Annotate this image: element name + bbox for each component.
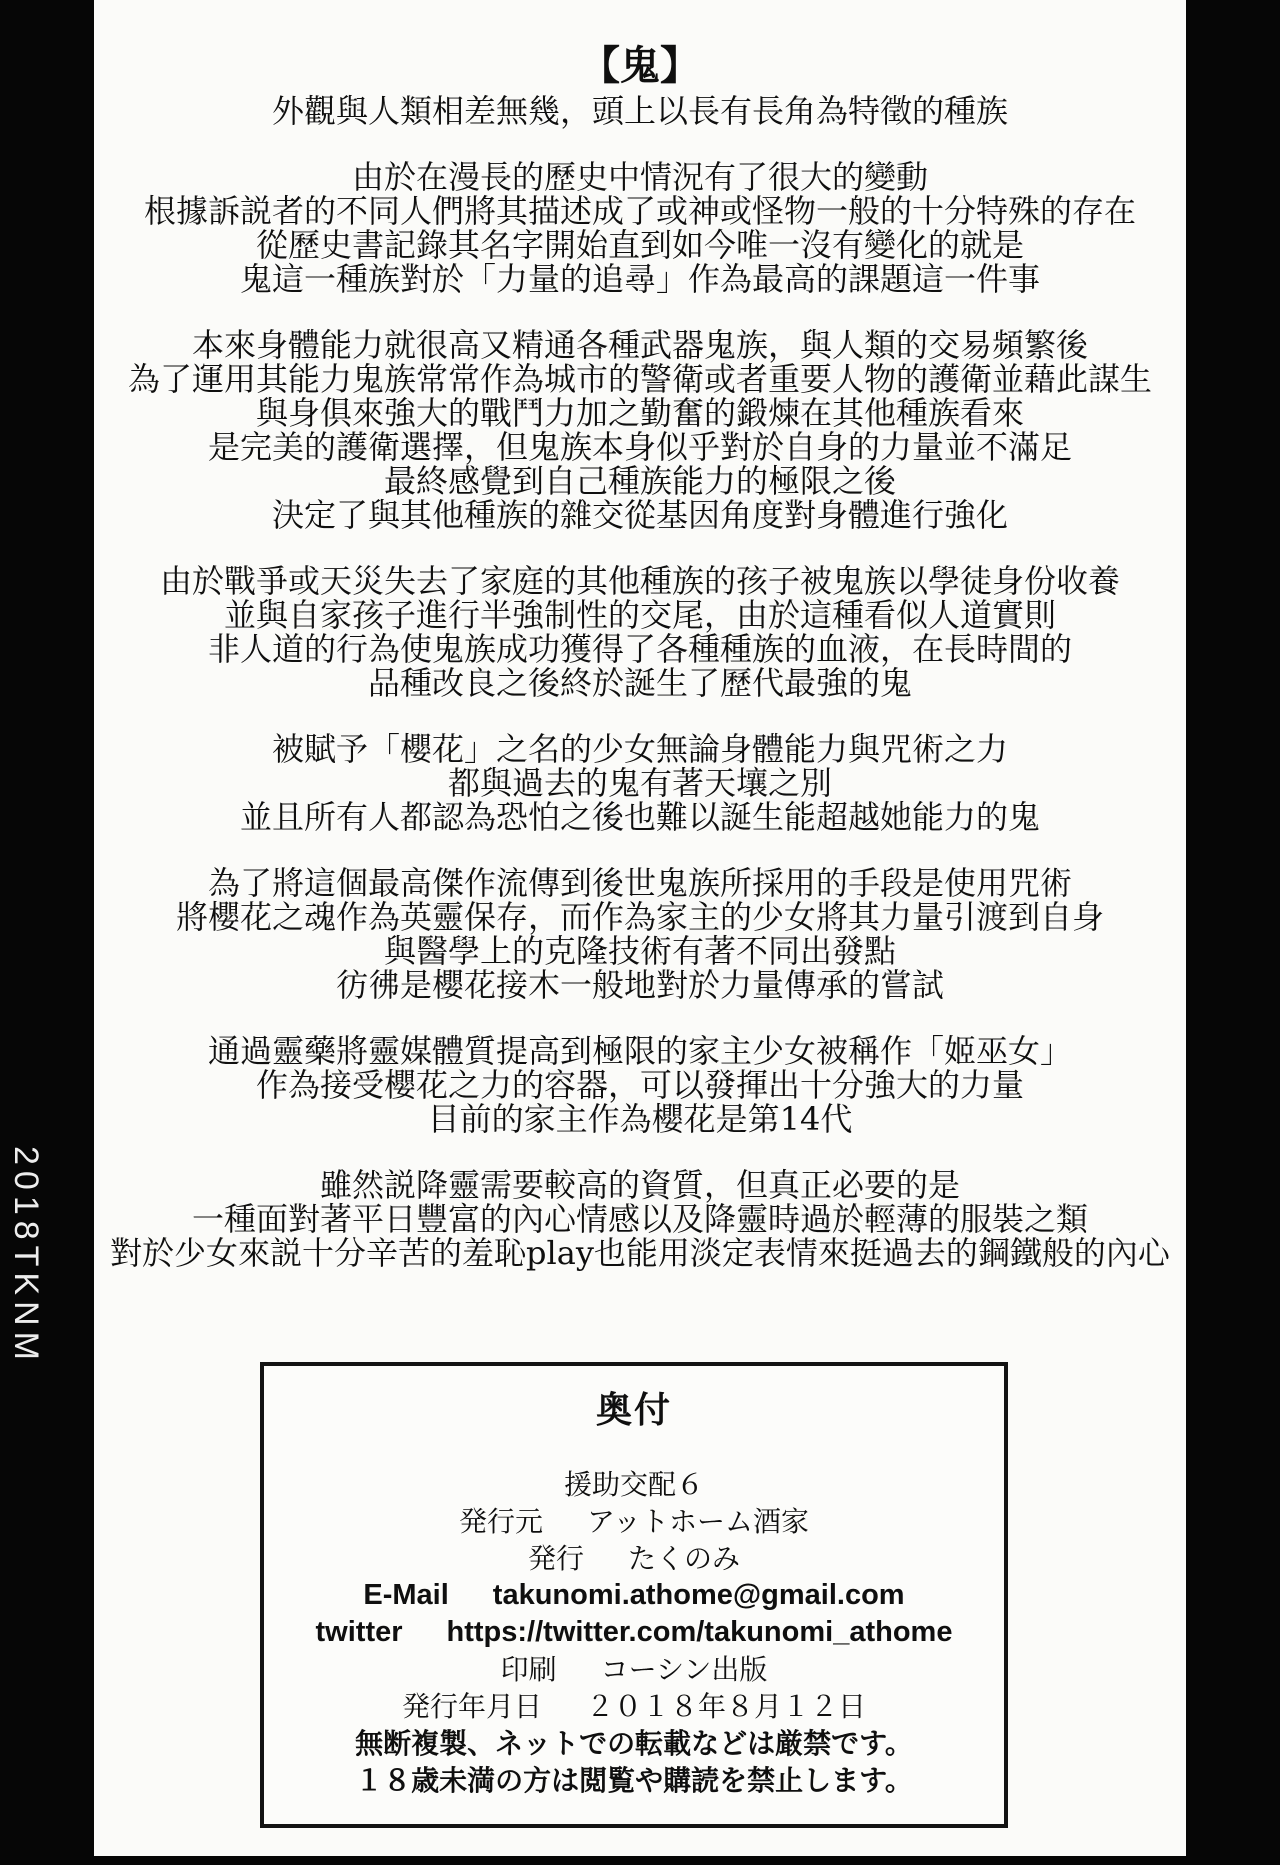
text-line: 通過靈藥將靈媒體質提高到極限的家主少女被稱作「姬巫女」 [94,1034,1186,1068]
colophon-box: 奥付 援助交配６ 発行元 アットホーム酒家 発行 たくのみ E-Mail tak… [260,1362,1008,1828]
text-line: 一種面對著平日豐富的內心情感以及降靈時過於輕薄的服裝之類 [94,1202,1186,1236]
page-title: 【鬼】 [94,44,1186,88]
left-scan-border: 2018TKNM [0,0,94,1865]
bottom-scan-border [0,1856,1280,1865]
text-line: 非人道的行為使鬼族成功獲得了各種種族的血液，在長時間的 [94,632,1186,666]
text-line: 被賦予「櫻花」之名的少女無論身體能力與咒術之力 [94,732,1186,766]
watermark-code: 2018TKNM [4,1146,48,1406]
text-line: 鬼這一種族對於「力量的追尋」作為最高的課題這一件事 [94,262,1186,296]
text-line: 將櫻花之魂作為英靈保存，而作為家主的少女將其力量引渡到自身 [94,900,1186,934]
text-line: 本來身體能力就很高又精通各種武器鬼族，與人類的交易頻繁後 [94,328,1186,362]
subtitle-line: 外觀與人類相差無幾，頭上以長有長角為特徵的種族 [94,94,1186,128]
colophon-label: 発行元 [459,1503,543,1540]
colophon-row-twitter: twitter https://twitter.com/takunomi_ath… [264,1614,1004,1651]
age-restriction-notice: １８歳未満の方は閲覧や購読を禁止します。 [264,1762,1004,1799]
text-line: 由於戰爭或天災失去了家庭的其他種族的孩子被鬼族以學徒身份收養 [94,564,1186,598]
text-line: 與醫學上的克隆技術有著不同出發點 [94,934,1186,968]
text-line: 為了將這個最高傑作流傳到後世鬼族所採用的手段是使用咒術 [94,866,1186,900]
text-line: 從歷史書記錄其名字開始直到如今唯一沒有變化的就是 [94,228,1186,262]
colophon-row-date: 発行年月日 ２０１８年８月１２日 [264,1688,1004,1725]
colophon-title: 奥付 [264,1388,1004,1432]
text-line: 作為接受櫻花之力的容器，可以發揮出十分強大的力量 [94,1068,1186,1102]
paragraph-himemiko: 通過靈藥將靈媒體質提高到極限的家主少女被稱作「姬巫女」 作為接受櫻花之力的容器，… [94,1034,1186,1136]
text-line: 並且所有人都認為恐怕之後也難以誕生能超越她能力的鬼 [94,800,1186,834]
colophon-row-printer: 印刷 コーシン出版 [264,1651,1004,1688]
text-line: 品種改良之後終於誕生了歷代最強的鬼 [94,666,1186,700]
twitter-url: https://twitter.com/takunomi_athome [447,1614,953,1651]
colophon-label: 印刷 [501,1651,557,1688]
paragraph-abilities: 本來身體能力就很高又精通各種武器鬼族，與人類的交易頻繁後 為了運用其能力鬼族常常… [94,328,1186,532]
paragraph-requirements: 雖然説降靈需要較高的資質，但真正必要的是 一種面對著平日豐富的內心情感以及降靈時… [94,1168,1186,1270]
text-line: 都與過去的鬼有著天壤之別 [94,766,1186,800]
paragraph-breeding: 由於戰爭或天災失去了家庭的其他種族的孩子被鬼族以學徒身份收養 並與自家孩子進行半… [94,564,1186,700]
paragraph-sakura: 被賦予「櫻花」之名的少女無論身體能力與咒術之力 都與過去的鬼有著天壤之別 並且所… [94,732,1186,834]
publication-date: ２０１８年８月１２日 [586,1688,866,1725]
colophon-label: twitter [316,1614,403,1651]
printer-name: コーシン出版 [601,1651,768,1688]
text-line: 是完美的護衛選擇，但鬼族本身似乎對於自身的力量並不滿足 [94,430,1186,464]
colophon-row-author: 発行 たくのみ [264,1540,1004,1577]
text-line: 並與自家孩子進行半強制性的交尾，由於這種看似人道實則 [94,598,1186,632]
book-title: 援助交配６ [564,1466,704,1503]
text-line: 最終感覺到自己種族能力的極限之後 [94,464,1186,498]
text-line: 由於在漫長的歷史中情況有了很大的變動 [94,160,1186,194]
text-line: 根據訴説者的不同人們將其描述成了或神或怪物一般的十分特殊的存在 [94,194,1186,228]
copyright-notice: 無断複製、ネットでの転載などは厳禁です。 [264,1725,1004,1762]
text-line: 彷彿是櫻花接木一般地對於力量傳承的嘗試 [94,968,1186,1002]
publisher-name: アットホーム酒家 [587,1503,809,1540]
paragraph-history: 由於在漫長的歷史中情況有了很大的變動 根據訴説者的不同人們將其描述成了或神或怪物… [94,160,1186,296]
text-line: 雖然説降靈需要較高的資質，但真正必要的是 [94,1168,1186,1202]
text-line: 決定了與其他種族的雜交從基因角度對身體進行強化 [94,498,1186,532]
colophon-row-publisher: 発行元 アットホーム酒家 [264,1503,1004,1540]
text-line: 與身俱來強大的戰鬥力加之勤奮的鍛煉在其他種族看來 [94,396,1186,430]
colophon-row-title: 援助交配６ [264,1466,1004,1503]
email-address: takunomi.athome@gmail.com [493,1577,905,1614]
text-line: 對於少女來説十分辛苦的羞恥play也能用淡定表情來挺過去的鋼鐵般的內心 [94,1236,1186,1270]
colophon-row-email: E-Mail takunomi.athome@gmail.com [264,1577,1004,1614]
colophon-label: 発行年月日 [402,1688,542,1725]
text-line: 目前的家主作為櫻花是第14代 [94,1102,1186,1136]
colophon-label: E-Mail [363,1577,448,1614]
right-scan-border [1186,0,1280,1865]
colophon-label: 発行 [528,1540,584,1577]
article-text: 【鬼】 外觀與人類相差無幾，頭上以長有長角為特徵的種族 由於在漫長的歷史中情況有… [94,44,1186,1270]
paragraph-legacy: 為了將這個最高傑作流傳到後世鬼族所採用的手段是使用咒術 將櫻花之魂作為英靈保存，… [94,866,1186,1002]
author-name: たくのみ [628,1540,740,1577]
colophon-rows: 援助交配６ 発行元 アットホーム酒家 発行 たくのみ E-Mail takuno… [264,1466,1004,1725]
text-line: 為了運用其能力鬼族常常作為城市的警衛或者重要人物的護衛並藉此謀生 [94,362,1186,396]
